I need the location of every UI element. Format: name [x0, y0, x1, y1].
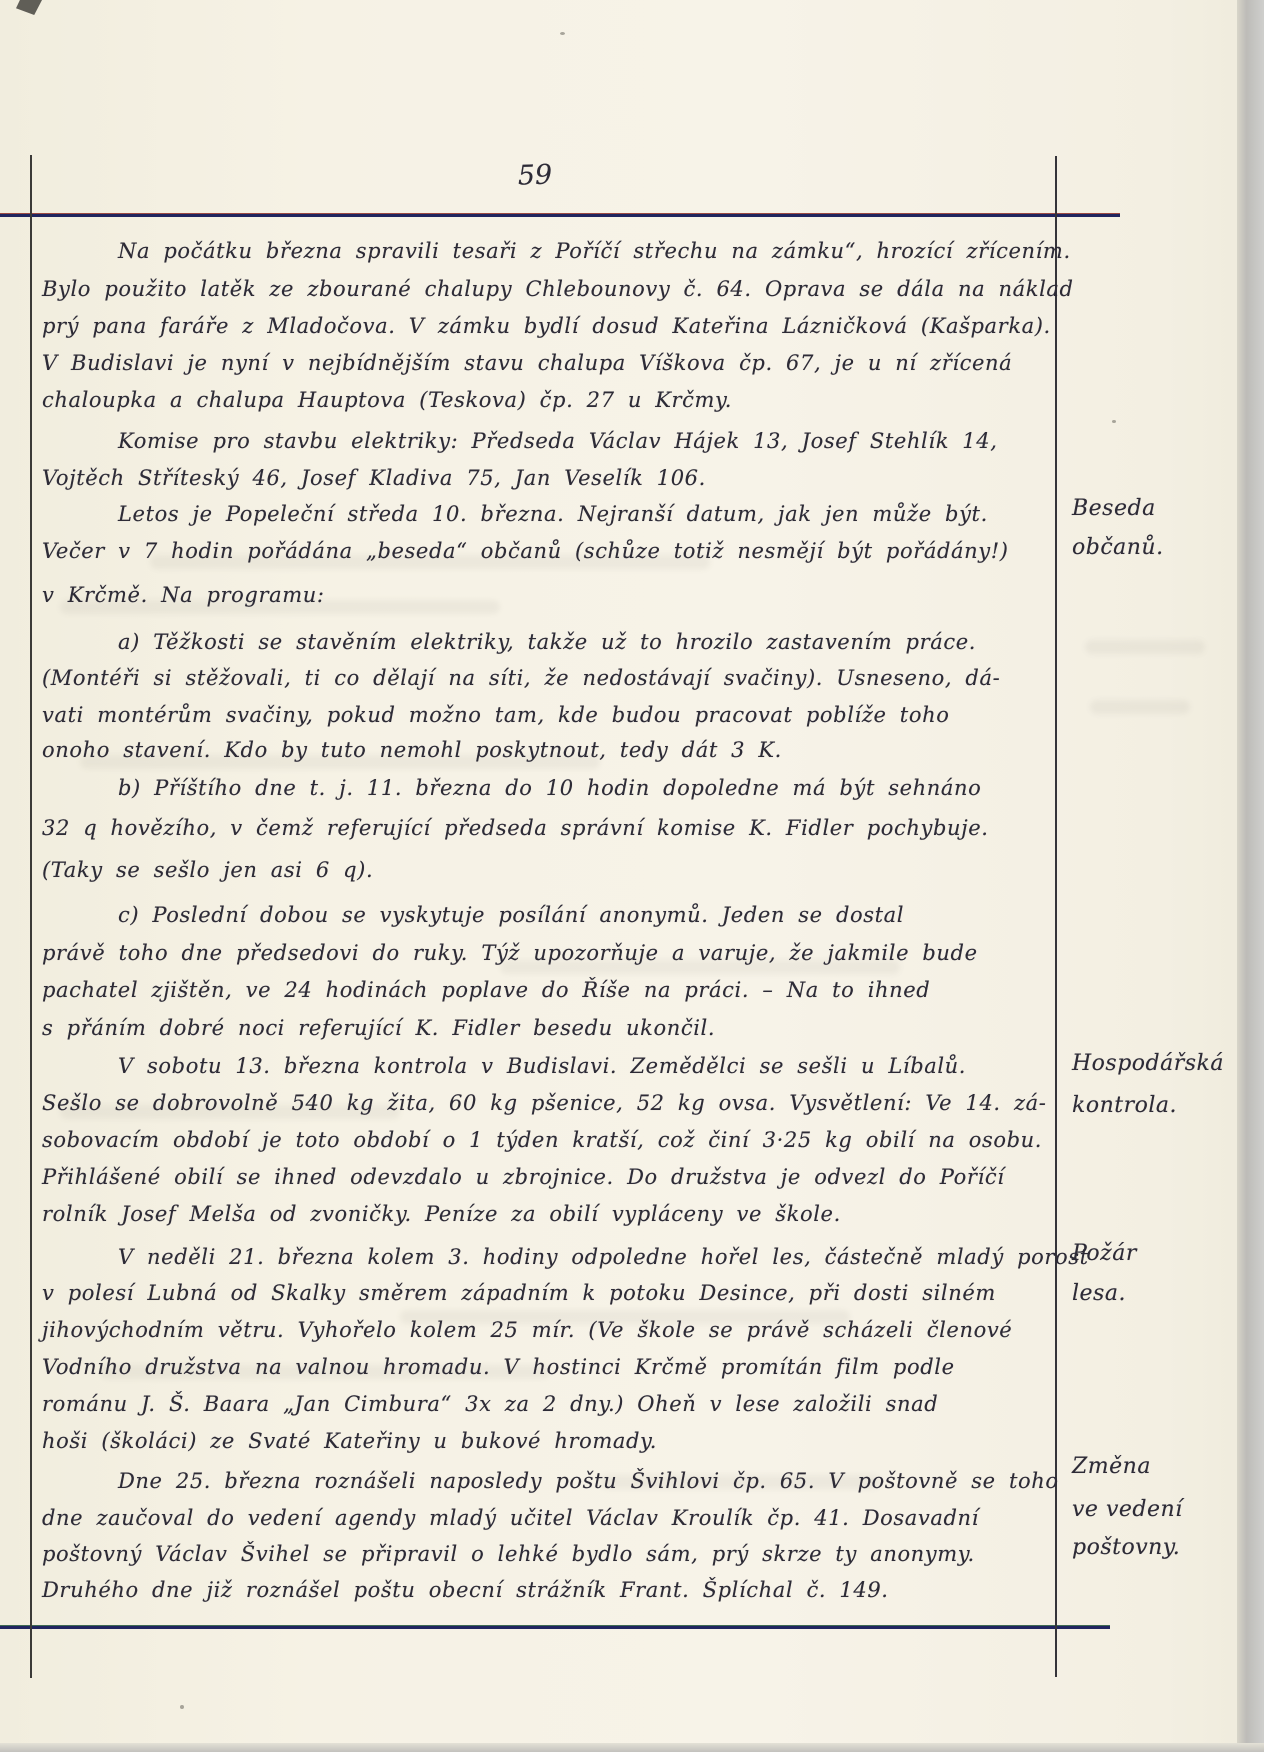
handwritten-line: 32 q hovězího, v čemž referující předsed…	[42, 813, 1047, 843]
handwritten-line: a) Těžkosti se stavěním elektriky, takže…	[42, 627, 1123, 657]
handwritten-line: v polesí Lubná od Skalky směrem západním…	[42, 1278, 1047, 1308]
left-margin-rule	[30, 155, 32, 1678]
scan-edge-bottom	[0, 1743, 1264, 1752]
bleed-through-smudge	[1090, 700, 1190, 714]
margin-note-pozar-lesa: Požár	[1072, 1239, 1258, 1269]
handwritten-line: Na počátku března spravili tesaři z Poří…	[42, 236, 1123, 266]
handwritten-line: v Krčmě. Na programu:	[42, 580, 1047, 610]
handwritten-line: Sešlo se dobrovolně 540 kg žita, 60 kg p…	[42, 1088, 1047, 1118]
dust-speck	[180, 1705, 184, 1709]
handwritten-line: V sobotu 13. března kontrola v Budislavi…	[42, 1051, 1123, 1081]
handwritten-line: Večer v 7 hodin pořádána „beseda“ občanů…	[42, 536, 1047, 566]
handwritten-line: vati montérům svačiny, pokud možno tam, …	[42, 700, 1047, 730]
handwritten-line: hoši (školáci) ze Svaté Kateřiny u bukov…	[42, 1426, 1047, 1456]
handwritten-line: s přáním dobré noci referující K. Fidler…	[42, 1013, 1047, 1043]
handwritten-line: Druhého dne již roznášel poštu obecní st…	[42, 1575, 1047, 1605]
handwritten-line: rolník Josef Melša od zvoničky. Peníze z…	[42, 1199, 1047, 1229]
scan-edge-right	[1237, 0, 1264, 1752]
margin-note-beseda-obcanu: občanů.	[1072, 533, 1258, 563]
handwritten-line: Přihlášené obilí se ihned odevzdalo u zb…	[42, 1162, 1047, 1192]
top-ruled-line	[0, 213, 1120, 217]
handwritten-line: Dne 25. března roznášeli naposledy poštu…	[42, 1466, 1123, 1496]
margin-note-hospodarska-kontrola: kontrola.	[1072, 1091, 1258, 1121]
margin-note-zmena-ve-vedeni-postovny: poštovny.	[1072, 1533, 1258, 1563]
handwritten-line: b) Příštího dne t. j. 11. března do 10 h…	[42, 773, 1123, 803]
handwritten-line: Vodního družstva na valnou hromadu. V ho…	[42, 1352, 1047, 1382]
handwritten-line: onoho stavení. Kdo by tuto nemohl poskyt…	[42, 735, 1047, 765]
dust-speck	[1112, 420, 1116, 423]
dust-speck	[560, 32, 565, 35]
handwritten-line: právě toho dne předsedovi do ruky. Týž u…	[42, 938, 1047, 968]
margin-note-beseda-obcanu: Beseda	[1072, 494, 1258, 524]
handwritten-line: Komise pro stavbu elektriky: Předseda Vá…	[42, 426, 1123, 456]
handwritten-line: prý pana faráře z Mladočova. V zámku byd…	[42, 311, 1047, 341]
handwritten-line: (Taky se sešlo jen asi 6 q).	[42, 855, 1047, 885]
handwritten-line: románu J. Š. Baara „Jan Cimbura“ 3x za 2…	[42, 1389, 1047, 1419]
bottom-ruled-line	[0, 1625, 1110, 1629]
handwritten-line: pachatel zjištěn, ve 24 hodinách poplave…	[42, 975, 1047, 1005]
handwritten-line: c) Poslední dobou se vyskytuje posílání …	[42, 900, 1123, 930]
page-number: 59	[499, 159, 570, 192]
handwritten-line: (Montéři si stěžovali, ti co dělají na s…	[42, 663, 1047, 693]
handwritten-line: dne zaučoval do vedení agendy mladý učit…	[42, 1503, 1047, 1533]
scan-corner-artifact	[16, 0, 42, 15]
margin-note-zmena-ve-vedeni-postovny: ve vedení	[1072, 1495, 1258, 1525]
margin-note-hospodarska-kontrola: Hospodářská	[1072, 1049, 1258, 1079]
handwritten-line: V Budislavi je nyní v nejbídnějším stavu…	[42, 348, 1047, 378]
margin-note-zmena-ve-vedeni-postovny: Změna	[1072, 1452, 1258, 1482]
margin-note-pozar-lesa: lesa.	[1072, 1279, 1258, 1309]
handwritten-line: Bylo použito latěk ze zbourané chalupy C…	[42, 274, 1047, 304]
handwritten-line: poštovný Václav Švihel se připravil o le…	[42, 1539, 1047, 1569]
handwritten-line: jihovýchodním větru. Vyhořelo kolem 25 m…	[42, 1315, 1047, 1345]
handwritten-line: V neděli 21. března kolem 3. hodiny odpo…	[42, 1242, 1123, 1272]
handwritten-line: Vojtěch Stříteský 46, Josef Kladiva 75, …	[42, 463, 1047, 493]
handwritten-line: Letos je Popeleční středa 10. března. Ne…	[42, 499, 1123, 529]
handwritten-line: chaloupka a chalupa Hauptova (Teskova) č…	[42, 385, 1047, 415]
scanned-chronicle-page: { "page": { "number": "59" }, "colors": …	[0, 0, 1264, 1752]
handwritten-line: sobovacím období je toto období o 1 týde…	[42, 1125, 1047, 1155]
